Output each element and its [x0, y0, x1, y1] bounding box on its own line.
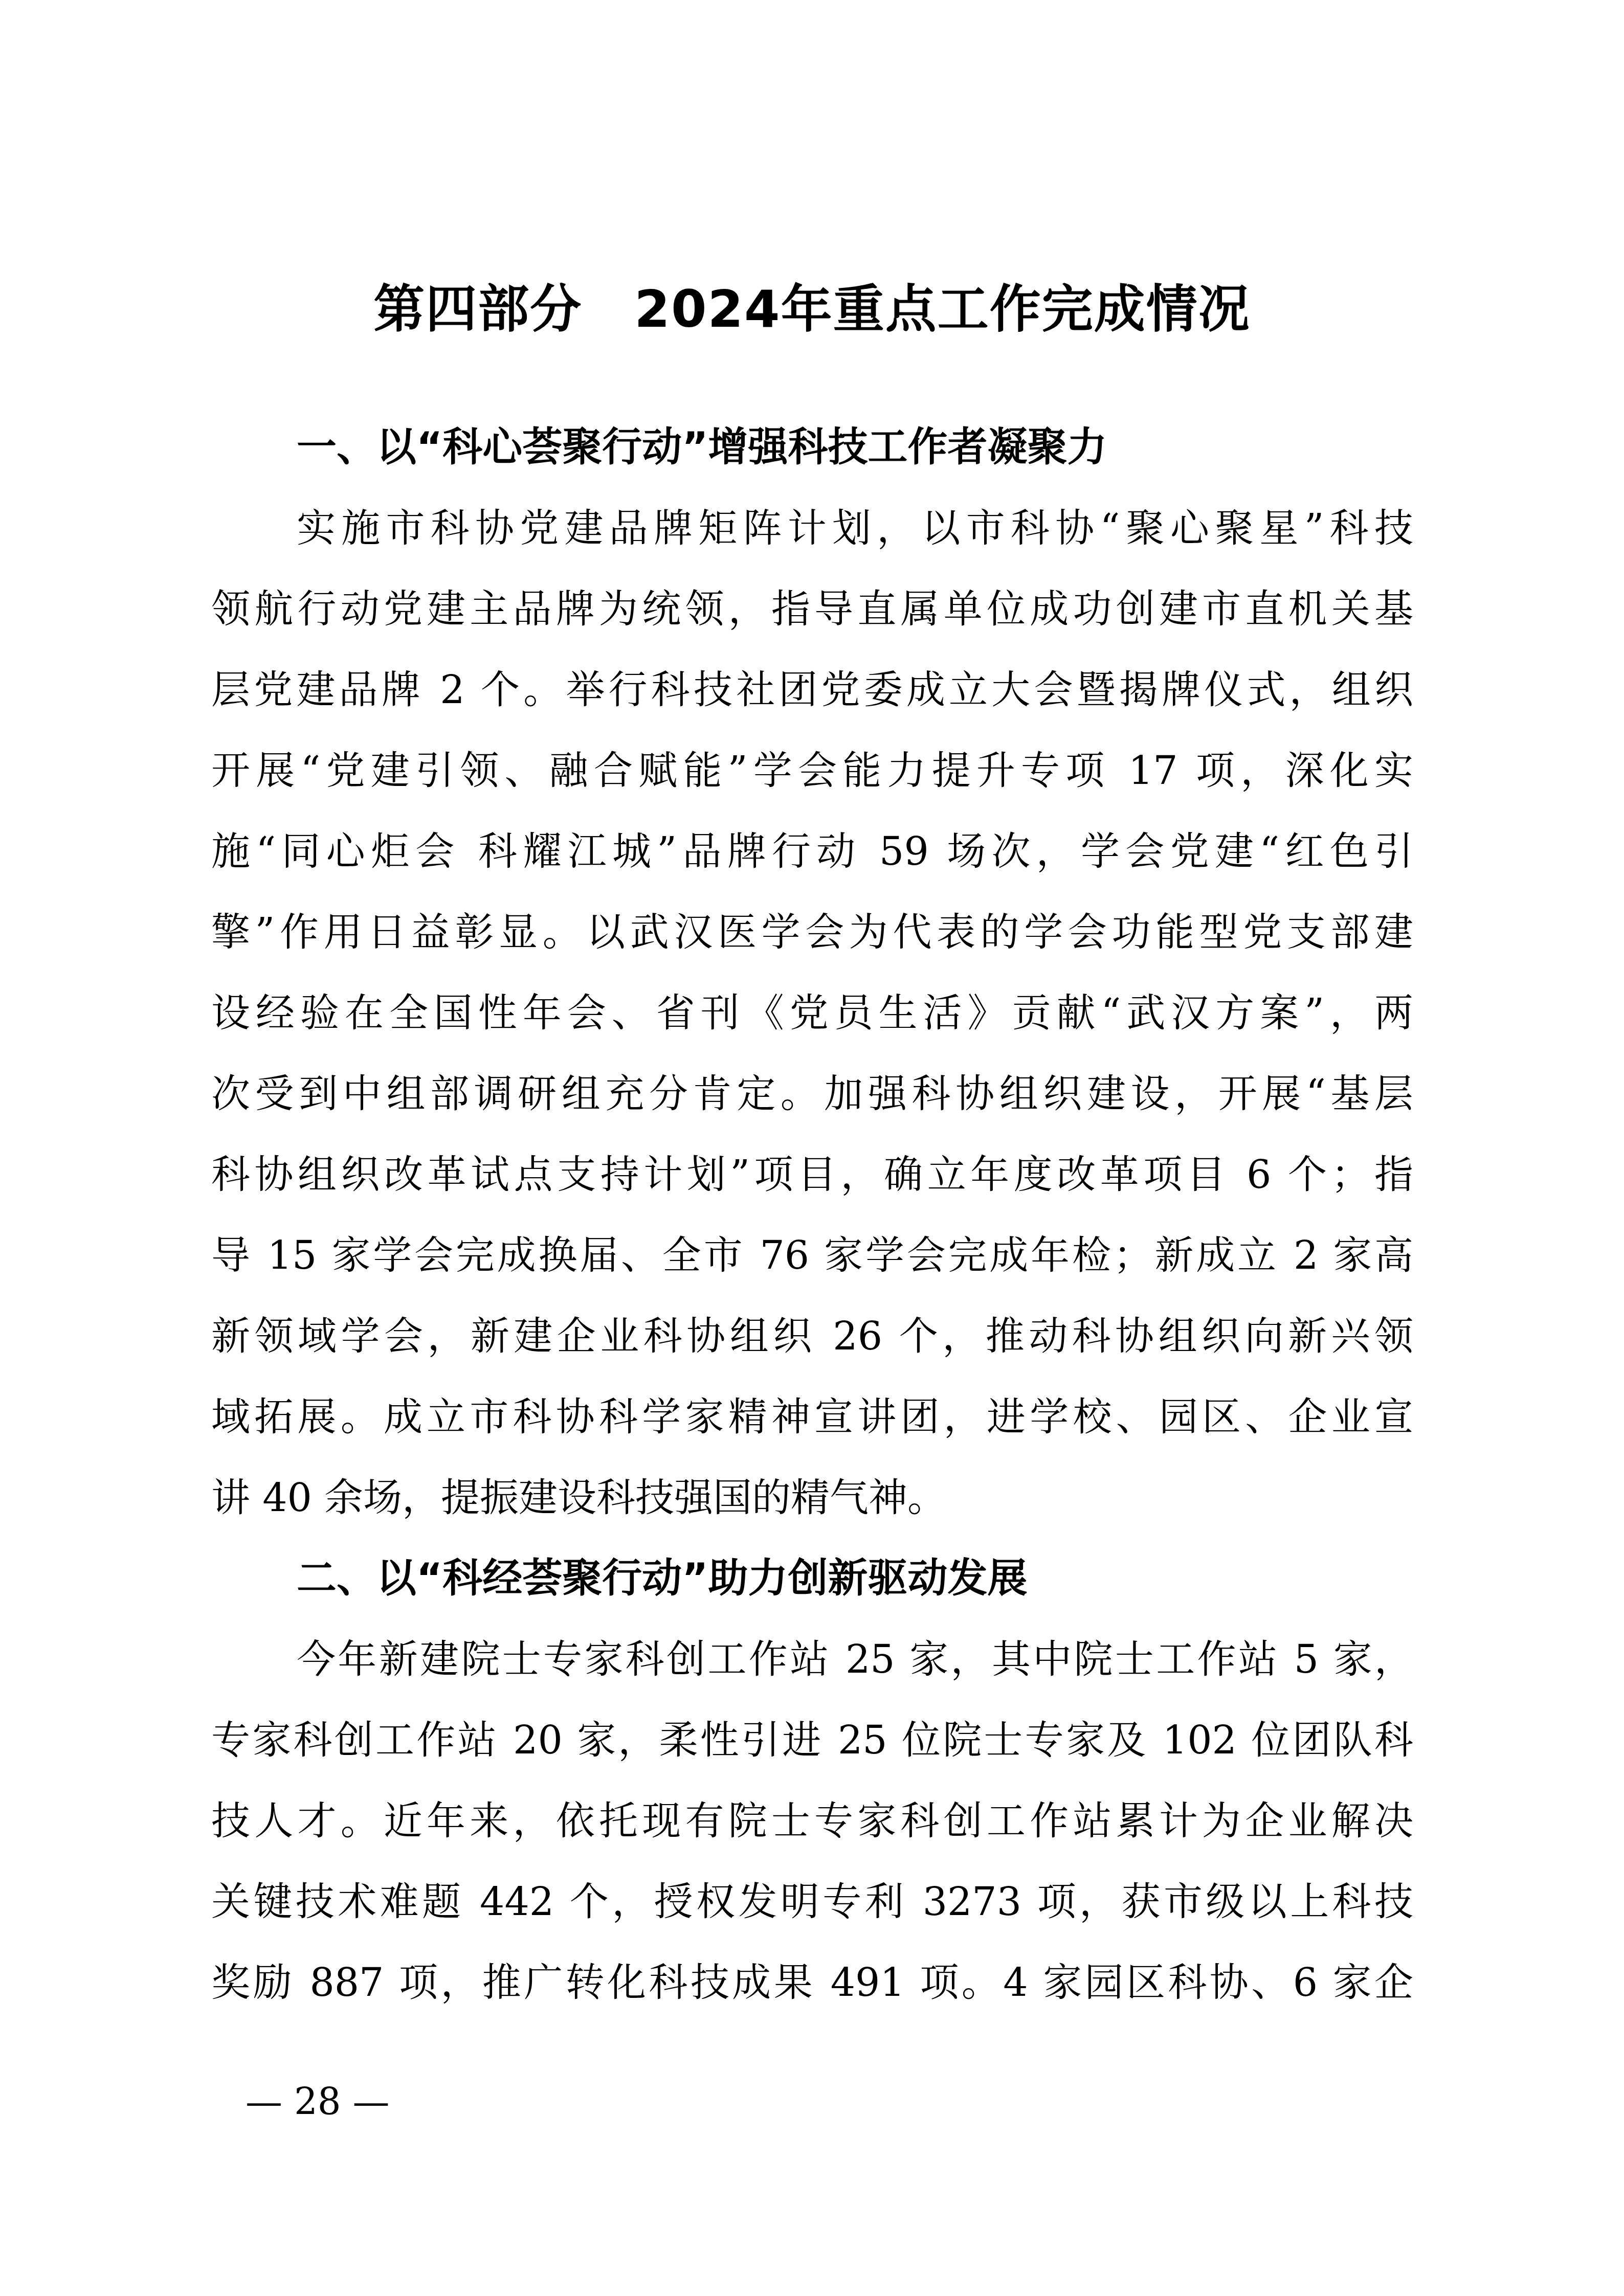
section-heading-1: 一、以“科心荟聚行动”增强科技工作者凝聚力: [297, 419, 1107, 476]
section-heading-2: 二、以“科经荟聚行动”助力创新驱动发展: [297, 1550, 1028, 1607]
paragraph-line: 专家科创工作站 20 家，柔性引进 25 位院士专家及 102 位团队科: [211, 1712, 1413, 1768]
paragraph-line: 导 15 家学会完成换届、全市 76 家学会完成年检；新成立 2 家高: [211, 1227, 1413, 1284]
paragraph-line: 领航行动党建主品牌为统领，指导直属单位成功创建市直机关基: [211, 581, 1413, 637]
paragraph-line: 今年新建院士专家科创工作站 25 家，其中院士工作站 5 家，: [297, 1631, 1413, 1687]
paragraph-line: 域拓展。成立市科协科学家精神宣讲团，进学校、园区、企业宣: [211, 1389, 1413, 1445]
paragraph-line: 新领域学会，新建企业科协组织 26 个，推动科协组织向新兴领: [211, 1308, 1413, 1364]
paragraph-line: 讲 40 余场，提振建设科技强国的精气神。: [211, 1470, 1413, 1526]
page-number: — 28 —: [246, 2076, 389, 2127]
paragraph-line: 奖励 887 项，推广转化科技成果 491 项。4 家园区科协、6 家企: [211, 1954, 1413, 2011]
paragraph-line: 擎”作用日益彰显。以武汉医学会为代表的学会功能型党支部建: [211, 904, 1413, 960]
paragraph-line: 层党建品牌 2 个。举行科技社团党委成立大会暨揭牌仪式，组织: [211, 662, 1413, 718]
paragraph-line: 施“同心炬会 科耀江城”品牌行动 59 场次，学会党建“红色引: [211, 823, 1413, 880]
paragraph-line: 技人才。近年来，依托现有院士专家科创工作站累计为企业解决: [211, 1793, 1413, 1849]
paragraph-line: 实施市科协党建品牌矩阵计划，以市科协“聚心聚星”科技: [297, 500, 1413, 556]
paragraph-line: 设经验在全国性年会、省刊《党员生活》贡献“武汉方案”，两: [211, 985, 1413, 1041]
page-title: 第四部分 2024年重点工作完成情况: [0, 276, 1624, 343]
document-page: 第四部分 2024年重点工作完成情况 一、以“科心荟聚行动”增强科技工作者凝聚力…: [0, 0, 1624, 2296]
paragraph-line: 关键技术难题 442 个，授权发明专利 3273 项，获市级以上科技: [211, 1874, 1413, 1930]
paragraph-line: 开展“党建引领、融合赋能”学会能力提升专项 17 项，深化实: [211, 742, 1413, 799]
paragraph-line: 次受到中组部调研组充分肯定。加强科协组织建设，开展“基层: [211, 1066, 1413, 1122]
paragraph-line: 科协组织改革试点支持计划”项目，确立年度改革项目 6 个；指: [211, 1146, 1413, 1203]
